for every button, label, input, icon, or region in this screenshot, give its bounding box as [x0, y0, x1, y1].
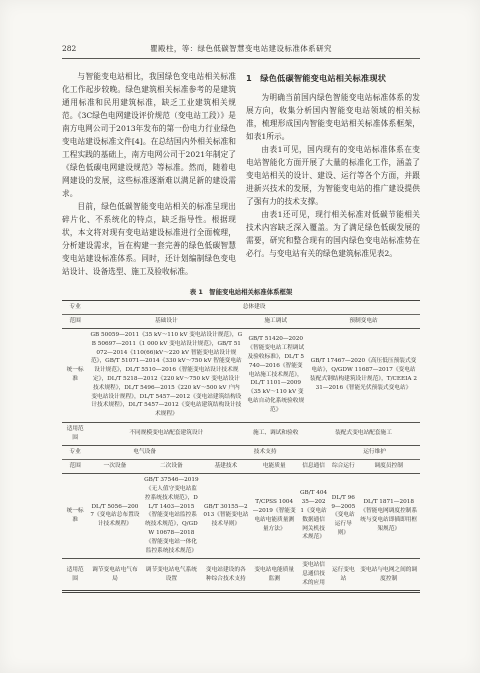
standards-table-detail: 专业 电气设备 技术支持 运行维护 范围 一次设备 二次设备 基建技术 电能质量…	[62, 445, 420, 593]
paragraph: 与智能变电站相比，我国绿色变电站相关标准化工作起步较晚。绿色建筑相关标准参考的是…	[62, 70, 236, 200]
table-cell: T/CPSS 1004—2019《智能变电站电能质量测量方法》	[251, 473, 298, 558]
table-row: 范围 一次设备 二次设备 基建技术 电能质量 信息通信 综合运行 调度员控制	[62, 459, 420, 473]
row-label: 范围	[62, 459, 88, 473]
table-cell: DL/T 1871—2018《智能电网调度控制系统与变电站即插即用框架规范》	[357, 473, 420, 558]
table-cell: 变电站与电网之间的调度控制	[357, 558, 420, 591]
column-header: 施工调试	[244, 314, 307, 328]
row-label: 专业	[62, 301, 88, 315]
running-title: 瞿殿柱，等：绿色低碳智慧变电站建设标准体系研究	[110, 44, 372, 54]
row-label: 统一标准	[62, 328, 88, 422]
column-header: 信息通信	[298, 459, 329, 473]
table-cell: GB 50059—2011《35 kV～110 kV 变电站设计规范》，GB 5…	[88, 328, 244, 422]
table-row: 统一标准 GB 50059—2011《35 kV～110 kV 变电站设计规范》…	[62, 328, 420, 422]
column-header: 调度员控制	[357, 459, 420, 473]
column-header: 基建技术	[201, 459, 250, 473]
standards-table-overall: 专业 总体建设 范围 基础设计 施工调试 预制变电站 统一标准 GB 50059…	[62, 300, 420, 445]
paragraph: 由表1还可见，现行相关标准对低碳节能相关技术内容缺乏深入覆盖。为了满足绿色低碳发…	[246, 208, 420, 260]
group-header: 总体建设	[88, 301, 420, 315]
table-cell: GB/T 51420—2020《智能变电站工程调试及验收标准》，DL/T 574…	[244, 328, 307, 422]
table-cell: 不同规模变电站配套建筑设计	[88, 422, 244, 445]
table-row: 专业 电气设备 技术支持 运行维护	[62, 446, 420, 460]
column-header: 电能质量	[251, 459, 298, 473]
row-label: 统一标准	[62, 473, 88, 558]
paragraph: 由表1可见，国内现有的变电站标准体系在变电站智能化方面开展了大量的标准化工作，涵…	[246, 143, 420, 208]
row-label: 专业	[62, 446, 88, 460]
table-row: 适用范围 不同规模变电站配套建筑设计 施工、调试和验收 装配式变电站配套施工	[62, 422, 420, 445]
table-caption: 表 1 智能变电站相关标准体系框架	[62, 287, 420, 296]
table-cell: 变电站建设的各种综合技术支持	[201, 558, 250, 591]
table-cell: 施工、调试和验收	[244, 422, 307, 445]
group-header: 运行维护	[329, 446, 420, 460]
table-cell: 运行变电站	[329, 558, 357, 591]
table-row: 统一标准 DL/T 5056—2007《变电站总布置设计技术规程》 GB/T 3…	[62, 473, 420, 558]
table-cell: GB/T 37546—2019《无人值守变电站监控系统技术规范》，DL/T 14…	[142, 473, 201, 558]
group-header: 技术支持	[201, 446, 329, 460]
table-cell: GB/T 40435—2021《变电站数据通信网关机技术规范》	[298, 473, 329, 558]
table-cell: 变电站电能质量监测	[251, 558, 298, 591]
table-row: 适用范围 调节变电站电气布局 调节变电站电气系统设置 变电站建设的各种综合技术支…	[62, 558, 420, 591]
row-label: 范围	[62, 314, 88, 328]
row-label: 适用范围	[62, 558, 88, 591]
table-cell: GB/T 17467—2020《高压低压预装式变电站》，Q/GDW 11687—…	[307, 328, 420, 422]
row-label: 适用范围	[62, 422, 88, 445]
page-header: 282 瞿殿柱，等：绿色低碳智慧变电站建设标准体系研究	[62, 44, 420, 59]
table-cell: 变电站信息通信技术的应用	[298, 558, 329, 591]
paragraph: 为明确当前国内绿色智能变电站标准体系的发展方向，收集分析国内智能变电站领域的相关…	[246, 91, 420, 143]
body-columns: 与智能变电站相比，我国绿色变电站相关标准化工作起步较晚。绿色建筑相关标准参考的是…	[62, 70, 420, 278]
paper-page: 282 瞿殿柱，等：绿色低碳智慧变电站建设标准体系研究 与智能变电站相比，我国绿…	[0, 0, 480, 673]
left-column: 与智能变电站相比，我国绿色变电站相关标准化工作起步较晚。绿色建筑相关标准参考的是…	[62, 70, 236, 278]
table-cell: 调节变电站电气布局	[88, 558, 141, 591]
column-header: 一次设备	[88, 459, 141, 473]
table-cell: 调节变电站电气系统设置	[142, 558, 201, 591]
table-cell: DL/T 969—2005《变电站运行导则》	[329, 473, 357, 558]
table-row: 范围 基础设计 施工调试 预制变电站	[62, 314, 420, 328]
column-header: 基础设计	[88, 314, 244, 328]
column-header: 二次设备	[142, 459, 201, 473]
table-cell: DL/T 5056—2007《变电站总布置设计技术规程》	[88, 473, 141, 558]
table-cell: GB/T 30155—2013《智能变电站技术导则》	[201, 473, 250, 558]
column-header: 综合运行	[329, 459, 357, 473]
section-heading: 1 绿色低碳智能变电站相关标准现状	[246, 72, 420, 84]
right-column: 1 绿色低碳智能变电站相关标准现状 为明确当前国内绿色智能变电站标准体系的发展方…	[246, 70, 420, 278]
table-row: 专业 总体建设	[62, 301, 420, 315]
table-cell: 装配式变电站配套施工	[307, 422, 420, 445]
page-number: 282	[62, 44, 110, 54]
column-header: 预制变电站	[307, 314, 420, 328]
group-header: 电气设备	[88, 446, 201, 460]
paragraph: 目前，绿色低碳智能变电站相关的标准呈现出碎片化、不系统化的特点，缺乏指导性。根据…	[62, 200, 236, 278]
